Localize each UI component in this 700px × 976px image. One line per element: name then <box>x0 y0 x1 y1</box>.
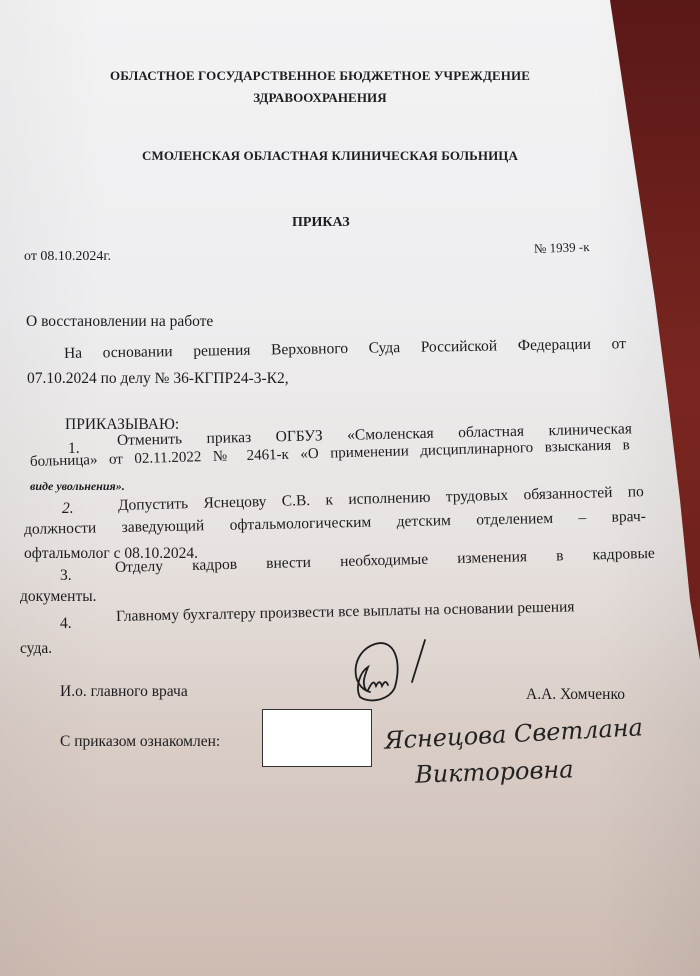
handwritten-name-line1: Яснецова Светлана <box>383 713 643 755</box>
item-text: офтальмолог с 08.10.2024. <box>24 545 198 563</box>
handwritten-name-line2: Викторовна <box>415 755 574 789</box>
order-subject: О восстановлении на работе <box>26 313 213 331</box>
item-number: 1. <box>68 440 80 458</box>
signatory-name: А.А. Хомченко <box>526 686 625 704</box>
redaction-box <box>262 709 372 767</box>
order-document: ОБЛАСТНОЕ ГОСУДАРСТВЕННОЕ БЮДЖЕТНОЕ УЧРЕ… <box>0 0 700 976</box>
decree-heading: ПРИКАЗЫВАЮ: <box>65 416 179 434</box>
item-number: 4. <box>60 615 72 633</box>
item-text: суда. <box>20 640 52 658</box>
item-text: документы. <box>20 588 97 606</box>
item-text: Главному бухгалтеру произвести все выпла… <box>116 598 575 626</box>
director-signature <box>340 632 440 712</box>
basis-line1: На основании решения Верховного Суда Рос… <box>64 335 626 363</box>
item-text: Допустить Яснецову С.В. к исполнению тру… <box>118 483 644 515</box>
order-date: от 08.10.2024г. <box>24 249 111 265</box>
signatory-position: И.о. главного врача <box>60 683 188 701</box>
item-text: виде увольнения». <box>30 479 125 494</box>
org-name-line2: ЗДРАВООХРАНЕНИЯ <box>0 90 640 106</box>
acknowledged-label: С приказом ознакомлен: <box>60 733 220 751</box>
hospital-name: СМОЛЕНСКАЯ ОБЛАСТНАЯ КЛИНИЧЕСКАЯ БОЛЬНИЦ… <box>10 148 650 164</box>
basis-line2: 07.10.2024 по делу № 36-КГПР24-3-К2, <box>27 370 289 388</box>
item-number: 3. <box>60 567 72 585</box>
item-number: 2. <box>62 500 74 518</box>
item-text: Отделу кадров внести необходимые изменен… <box>115 545 655 577</box>
item-text: Отменить приказ ОГБУЗ «Смоленская област… <box>117 420 632 450</box>
order-number: № 1939 -к <box>534 239 590 257</box>
org-name-line1: ОБЛАСТНОЕ ГОСУДАРСТВЕННОЕ БЮДЖЕТНОЕ УЧРЕ… <box>0 68 640 84</box>
item-text: должности заведующий офтальмологическим … <box>24 508 646 539</box>
order-title: ПРИКАЗ <box>292 215 350 231</box>
item-text: больница» от 02.11.2022 № 2461-к «О прим… <box>30 437 630 471</box>
